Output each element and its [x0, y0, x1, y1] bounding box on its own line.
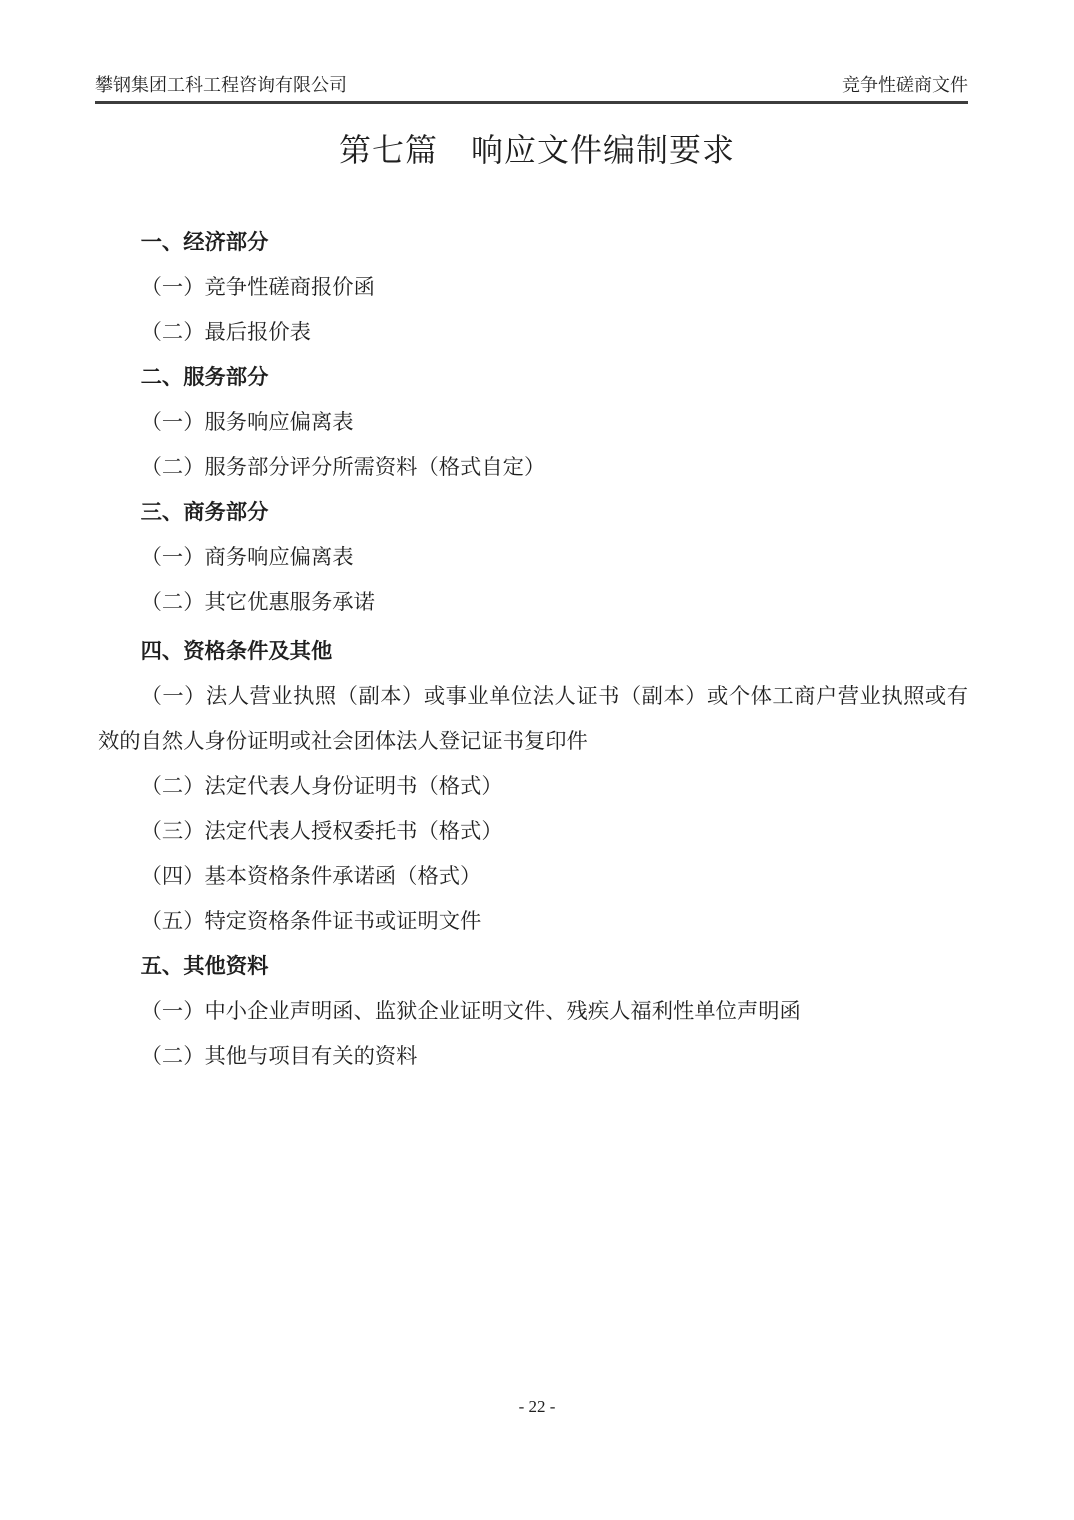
document-body: 一、经济部分 （一）竞争性磋商报价函 （二）最后报价表 二、服务部分 （一）服务…	[98, 220, 968, 1079]
section-item: （二）最后报价表	[98, 310, 968, 355]
page-number: - 22 -	[519, 1397, 556, 1416]
section-heading-qualification: 四、资格条件及其他	[98, 629, 968, 674]
section-item: （一）服务响应偏离表	[98, 400, 968, 445]
section-item: （二）其它优惠服务承诺	[98, 580, 968, 625]
section-item: （一）竞争性磋商报价函	[98, 265, 968, 310]
page-title: 第七篇 响应文件编制要求	[0, 127, 1074, 173]
section-heading-commercial: 三、商务部分	[98, 490, 968, 535]
section-item: （四）基本资格条件承诺函（格式）	[98, 854, 968, 899]
document-page: 攀钢集团工科工程咨询有限公司 竞争性磋商文件 第七篇 响应文件编制要求 一、经济…	[0, 0, 1074, 1520]
section-item: （二）法定代表人身份证明书（格式）	[98, 764, 968, 809]
header-document-type: 竞争性磋商文件	[842, 74, 968, 96]
section-item: （五）特定资格条件证书或证明文件	[98, 899, 968, 944]
section-heading-economic: 一、经济部分	[98, 220, 968, 265]
section-heading-service: 二、服务部分	[98, 355, 968, 400]
section-item: （一）商务响应偏离表	[98, 535, 968, 580]
section-heading-other: 五、其他资料	[98, 944, 968, 989]
section-item: （二）其他与项目有关的资料	[98, 1034, 968, 1079]
header-company-name: 攀钢集团工科工程咨询有限公司	[95, 74, 347, 96]
section-item: （三）法定代表人授权委托书（格式）	[98, 809, 968, 854]
section-item: （一）中小企业声明函、监狱企业证明文件、残疾人福利性单位声明函	[98, 989, 968, 1034]
section-item: （一）法人营业执照（副本）或事业单位法人证书（副本）或个体工商户营业执照或有效的…	[98, 674, 968, 764]
page-footer: - 22 -	[0, 1394, 1074, 1420]
page-header: 攀钢集团工科工程咨询有限公司 竞争性磋商文件	[95, 74, 968, 104]
section-item: （二）服务部分评分所需资料（格式自定）	[98, 445, 968, 490]
